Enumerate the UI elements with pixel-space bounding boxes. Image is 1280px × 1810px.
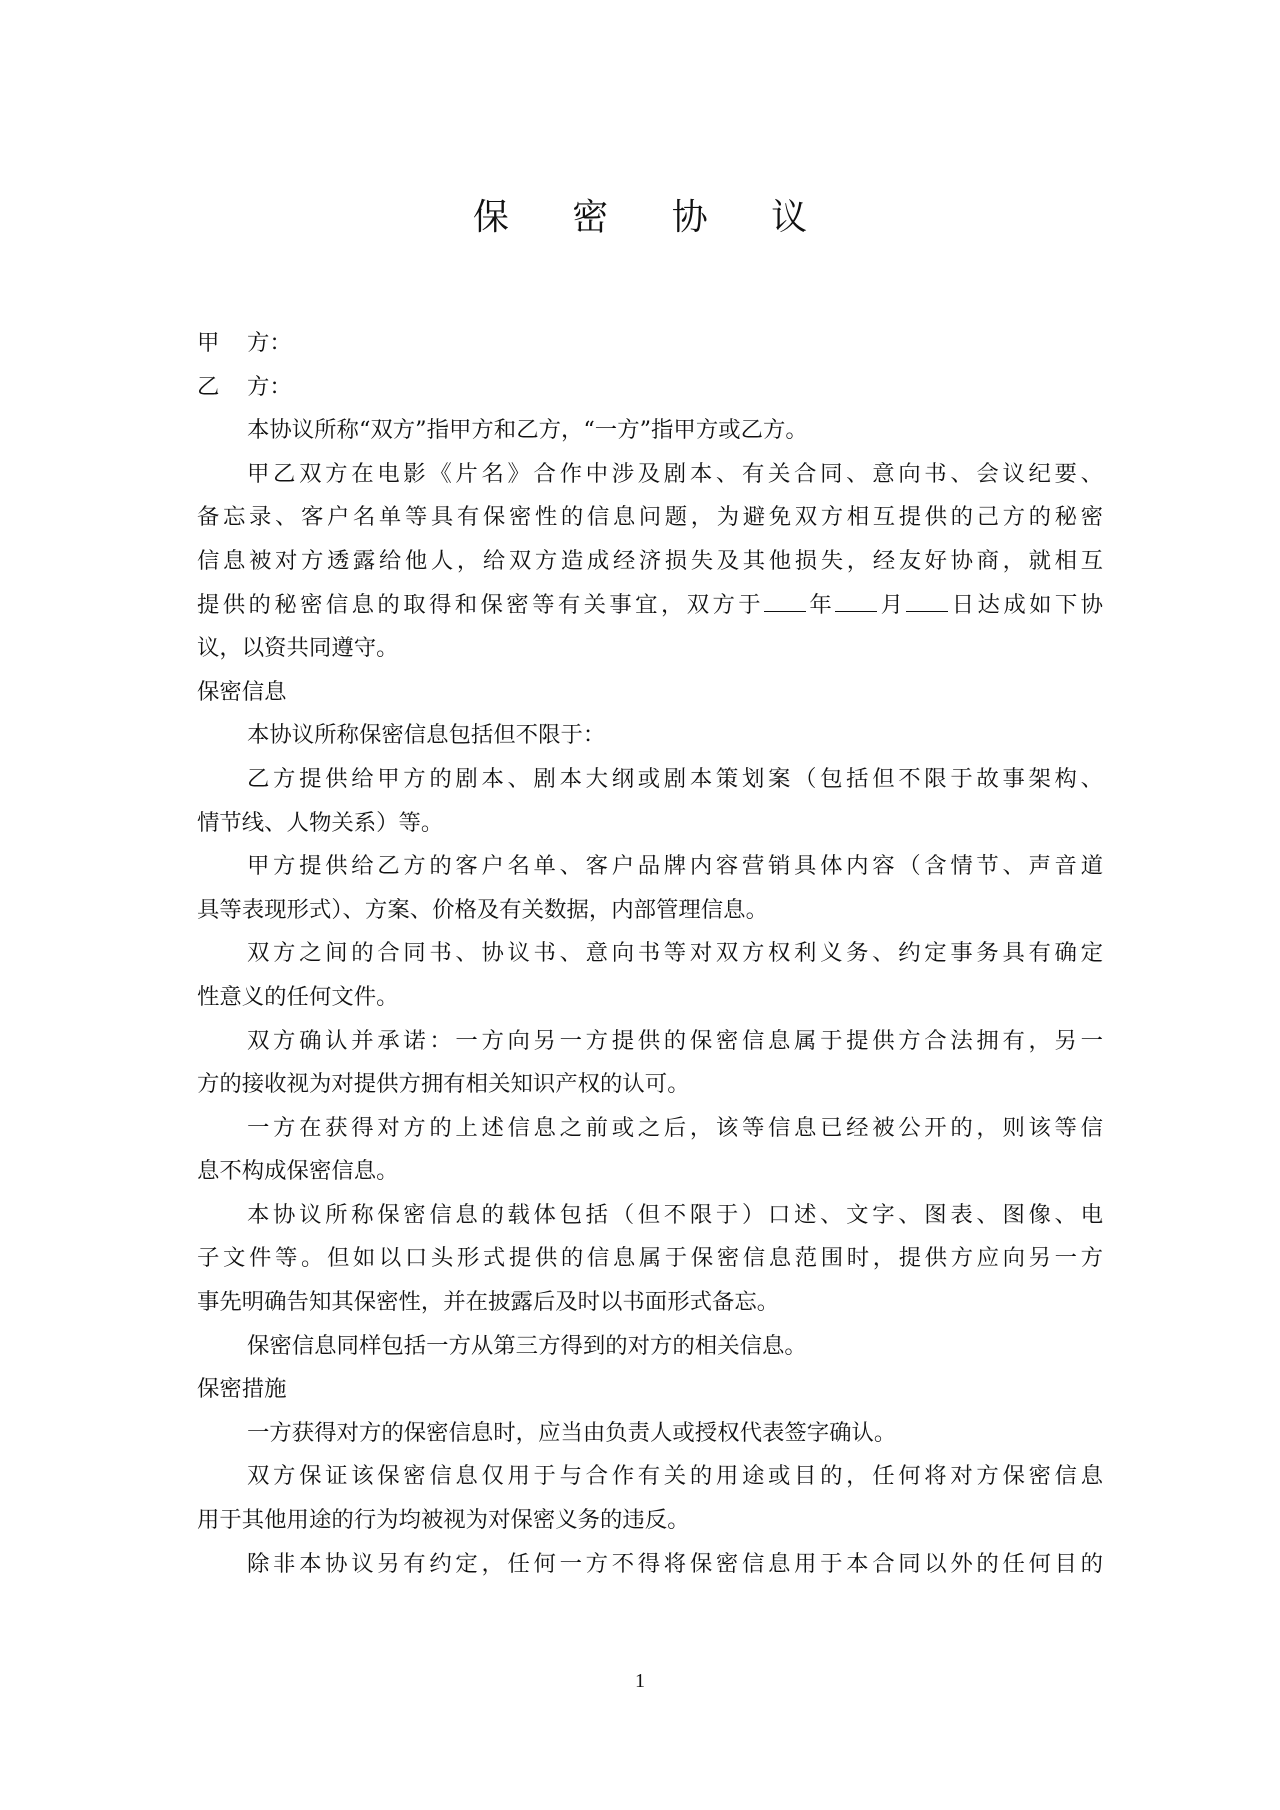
paragraph: 本协议所称保密信息包括但不限于： [197, 714, 1103, 758]
party-b-label: 乙 [197, 366, 247, 410]
paragraph-line: 双方之间的合同书、协议书、意向书等对双方权利义务、约定事务具有确定 [197, 932, 1103, 976]
paragraph-line: 情节线、人物关系）等。 [197, 802, 1103, 846]
document-body: 甲方： 乙方： 本协议所称“双方”指甲方和乙方，“一方”指甲方或乙方。 甲乙双方… [197, 322, 1103, 1586]
paragraph-line: 本协议所称保密信息的载体包括（但不限于）口述、文字、图表、图像、电 [197, 1194, 1103, 1238]
paragraph: 除非本协议另有约定，任何一方不得将保密信息用于本合同以外的任何目的 [197, 1543, 1103, 1587]
paragraph-line: 保密信息同样包括一方从第三方得到的对方的相关信息。 [197, 1325, 1103, 1369]
definition-paragraph: 本协议所称“双方”指甲方和乙方，“一方”指甲方或乙方。 [197, 409, 1103, 453]
day-blank [906, 593, 948, 612]
document-page: 保 密 协 议 甲方： 乙方： 本协议所称“双方”指甲方和乙方，“一方”指甲方或… [0, 0, 1280, 1810]
paragraph: 双方之间的合同书、协议书、意向书等对双方权利义务、约定事务具有确定 性意义的任何… [197, 932, 1103, 1019]
month-label: 月 [877, 592, 906, 618]
party-b-line: 乙方： [197, 366, 1103, 410]
paragraph-line: 乙方提供给甲方的剧本、剧本大纲或剧本策划案（包括但不限于故事架构、 [197, 758, 1103, 802]
day-suffix: 日达成如下协 [948, 592, 1103, 618]
date-prefix: 提供的秘密信息的取得和保密等有关事宜，双方于 [197, 592, 764, 618]
paragraph: 乙方提供给甲方的剧本、剧本大纲或剧本策划案（包括但不限于故事架构、 情节线、人物… [197, 758, 1103, 845]
paragraph-line: 事先明确告知其保密性，并在披露后及时以书面形式备忘。 [197, 1281, 1103, 1325]
paragraph-line: 议，以资共同遵守。 [197, 627, 1103, 671]
paragraph-line: 性意义的任何文件。 [197, 976, 1103, 1020]
paragraph-line: 甲乙双方在电影《片名》合作中涉及剧本、有关合同、意向书、会议纪要、 [197, 453, 1103, 497]
paragraph: 双方保证该保密信息仅用于与合作有关的用途或目的，任何将对方保密信息 用于其他用途… [197, 1455, 1103, 1542]
section-heading-confidentiality-measures: 保密措施 [197, 1368, 1103, 1412]
paragraph-line: 本协议所称保密信息包括但不限于： [197, 714, 1103, 758]
paragraph: 一方获得对方的保密信息时，应当由负责人或授权代表签字确认。 [197, 1412, 1103, 1456]
paragraph-line: 用于其他用途的行为均被视为对保密义务的违反。 [197, 1499, 1103, 1543]
page-number: 1 [0, 1670, 1280, 1693]
paragraph: 双方确认并承诺：一方向另一方提供的保密信息属于提供方合法拥有，另一 方的接收视为… [197, 1020, 1103, 1107]
year-label: 年 [806, 592, 835, 618]
paragraph-line: 双方保证该保密信息仅用于与合作有关的用途或目的，任何将对方保密信息 [197, 1455, 1103, 1499]
paragraph-line: 除非本协议另有约定，任何一方不得将保密信息用于本合同以外的任何目的 [197, 1543, 1103, 1587]
paragraph-line: 一方获得对方的保密信息时，应当由负责人或授权代表签字确认。 [197, 1412, 1103, 1456]
party-b-suffix: 方： [247, 374, 292, 400]
paragraph-line: 子文件等。但如以口头形式提供的信息属于保密信息范围时，提供方应向另一方 [197, 1237, 1103, 1281]
paragraph-line-date: 提供的秘密信息的取得和保密等有关事宜，双方于年月日达成如下协 [197, 584, 1103, 628]
party-a-label: 甲 [197, 322, 247, 366]
intro-paragraph: 甲乙双方在电影《片名》合作中涉及剧本、有关合同、意向书、会议纪要、 备忘录、客户… [197, 453, 1103, 671]
paragraph-line: 双方确认并承诺：一方向另一方提供的保密信息属于提供方合法拥有，另一 [197, 1020, 1103, 1064]
month-blank [835, 593, 877, 612]
section-heading-confidential-info: 保密信息 [197, 671, 1103, 715]
paragraph-line: 备忘录、客户名单等具有保密性的信息问题，为避免双方相互提供的己方的秘密 [197, 496, 1103, 540]
paragraph: 本协议所称保密信息的载体包括（但不限于）口述、文字、图表、图像、电 子文件等。但… [197, 1194, 1103, 1325]
paragraph-line: 息不构成保密信息。 [197, 1150, 1103, 1194]
document-title: 保 密 协 议 [0, 190, 1280, 246]
paragraph-line: 信息被对方透露给他人，给双方造成经济损失及其他损失，经友好协商，就相互 [197, 540, 1103, 584]
party-a-suffix: 方： [247, 330, 292, 356]
paragraph-line: 方的接收视为对提供方拥有相关知识产权的认可。 [197, 1063, 1103, 1107]
year-blank [764, 593, 806, 612]
paragraph: 一方在获得对方的上述信息之前或之后，该等信息已经被公开的，则该等信 息不构成保密… [197, 1107, 1103, 1194]
paragraph: 甲方提供给乙方的客户名单、客户品牌内容营销具体内容（含情节、声音道 具等表现形式… [197, 845, 1103, 932]
paragraph-line: 一方在获得对方的上述信息之前或之后，该等信息已经被公开的，则该等信 [197, 1107, 1103, 1151]
paragraph-line: 甲方提供给乙方的客户名单、客户品牌内容营销具体内容（含情节、声音道 [197, 845, 1103, 889]
paragraph: 保密信息同样包括一方从第三方得到的对方的相关信息。 [197, 1325, 1103, 1369]
party-a-line: 甲方： [197, 322, 1103, 366]
paragraph-line: 具等表现形式）、方案、价格及有关数据，内部管理信息。 [197, 889, 1103, 933]
